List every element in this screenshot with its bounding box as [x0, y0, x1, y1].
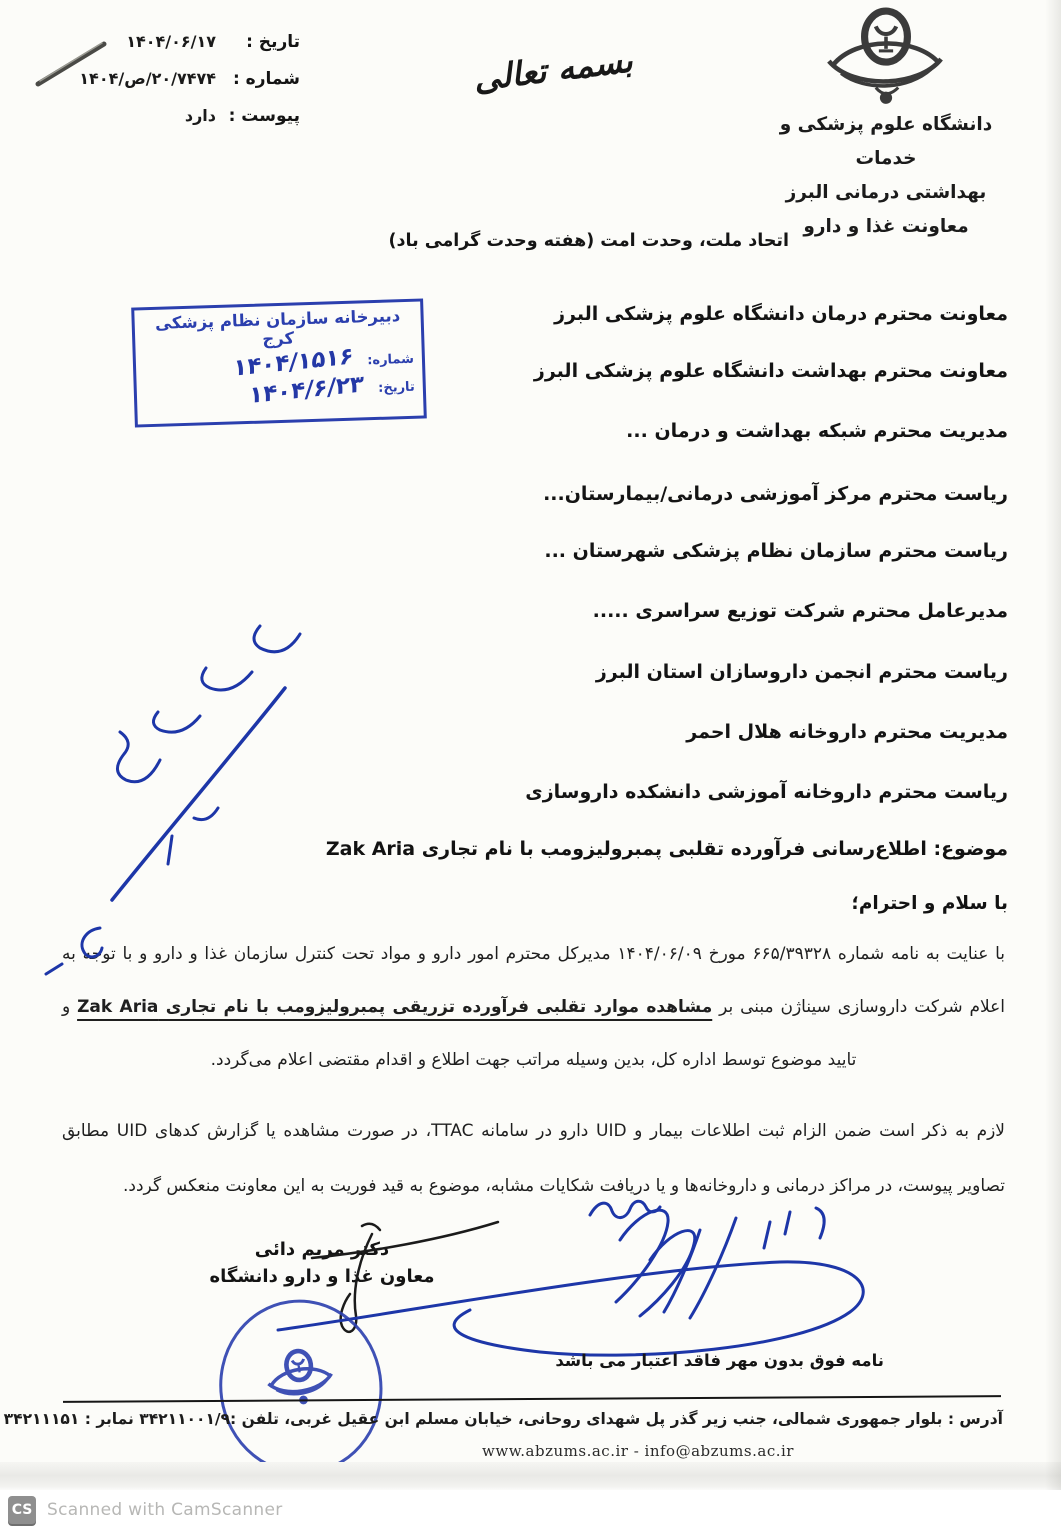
salutation: با سلام و احترام؛ — [851, 893, 1008, 914]
letter-meta: تاریخ : ۱۴۰۴/۰۶/۱۷ شماره : ۲۰/۷۴۷۴/ص/۱۴۰… — [50, 32, 300, 143]
date-label: تاریخ : — [228, 32, 300, 52]
date-value: ۱۴۰۴/۰۶/۱۷ — [126, 32, 216, 51]
besmele-calligraphy: بسمه تعالی — [436, 36, 669, 103]
subject-text: اطلاع‌رسانی فرآورده تقلبی پمبرولیزومب با… — [326, 838, 927, 860]
scan-shadow-band — [0, 1462, 1061, 1492]
recipient-item: مدیریت محترم شبکه بهداشت و درمان ... — [626, 420, 1008, 442]
recipient-item: مدیریت محترم داروخانه هلال احمر — [686, 721, 1008, 743]
website-line: www.abzums.ac.ir - info@abzums.ac.ir — [468, 1442, 808, 1460]
registry-number-label: شماره: — [367, 351, 414, 367]
recipient-item: ریاست محترم داروخانه آموزشی دانشکده دارو… — [525, 781, 1008, 803]
number-value: ۲۰/۷۴۷۴/ص/۱۴۰۴ — [79, 69, 216, 88]
recipient-item: ریاست محترم انجمن داروسازان استان البرز — [596, 661, 1008, 683]
subject-label: موضوع: — [933, 838, 1008, 860]
org-name-line-1: دانشگاه علوم پزشکی و خدمات — [766, 108, 1006, 176]
camscanner-text: Scanned with CamScanner — [47, 1500, 283, 1520]
address-label: آدرس : — [948, 1410, 1003, 1428]
recipient-item: ریاست محترم سازمان نظام پزشکی شهرستان ..… — [544, 540, 1008, 562]
registry-stamp-title: دبیرخانه سازمان نظام پزشکی کرج — [142, 306, 413, 352]
subject-line: موضوع: اطلاع‌رسانی فرآورده تقلبی پمبرولی… — [326, 838, 1008, 860]
meta-date-row: تاریخ : ۱۴۰۴/۰۶/۱۷ — [50, 32, 300, 52]
number-label: شماره : — [228, 69, 300, 89]
round-seal-icon: دانشگاه علوم پزشکی و خدمات بهداشتی درمان… — [200, 1286, 401, 1489]
recipient-item: معاونت محترم درمان دانشگاه علوم پزشکی ال… — [554, 303, 1008, 325]
camscanner-badge-icon: CS — [8, 1496, 36, 1524]
margin-note-ink-icon — [5, 600, 325, 990]
meta-number-row: شماره : ۲۰/۷۴۷۴/ص/۱۴۰۴ — [50, 69, 300, 89]
registry-date-label: تاریخ: — [378, 379, 415, 395]
seal-circular-text: دانشگاه علوم پزشکی و خدمات بهداشتی درمان… — [200, 1298, 207, 1316]
meta-attachment-row: پیوست : دارد — [50, 106, 300, 126]
unity-slogan: اتحاد ملت، وحدت امت (هفته وحدت گرامی باد… — [389, 231, 789, 251]
validity-note: نامه فوق بدون مهر فاقد اعتبار می باشد — [555, 1351, 884, 1370]
recipient-item: معاونت محترم بهداشت دانشگاه علوم پزشکی ا… — [534, 360, 1008, 382]
underlined-phrase: مشاهده موارد تقلبی فرآورده تزریقی پمبرول… — [77, 997, 712, 1017]
address-text: بلوار جمهوری شمالی، جنب زیر گذر پل شهدای… — [4, 1410, 943, 1428]
org-name-line-3: معاونت غذا و دارو — [766, 210, 1006, 244]
recipient-item: ریاست محترم مرکز آموزشی درمانی/بیمارستان… — [543, 483, 1008, 505]
recipient-item: مدیرعامل محترم شرکت توزیع سراسری ..... — [593, 600, 1008, 622]
camscanner-watermark: CS Scanned with CamScanner — [8, 1496, 283, 1524]
registry-stamp: دبیرخانه سازمان نظام پزشکی کرج شماره: ۱۴… — [131, 298, 427, 427]
university-emblem-icon — [811, 6, 961, 108]
attachment-label: پیوست : — [228, 106, 300, 126]
footer-divider — [63, 1395, 1001, 1403]
address-line: آدرس : بلوار جمهوری شمالی، جنب زیر گذر پ… — [56, 1410, 1003, 1428]
right-edge-shadow — [1045, 0, 1061, 1490]
scanned-letter-page: تاریخ : ۱۴۰۴/۰۶/۱۷ شماره : ۲۰/۷۴۷۴/ص/۱۴۰… — [0, 0, 1061, 1535]
attachment-value: دارد — [185, 106, 216, 125]
svg-text:دانشگاه علوم پزشکی و خدمات بهد: دانشگاه علوم پزشکی و خدمات بهداشتی درمان… — [200, 1298, 207, 1316]
org-name-line-2: بهداشتی درمانی البرز — [766, 176, 1006, 210]
organization-header: دانشگاه علوم پزشکی و خدمات بهداشتی درمان… — [766, 6, 1006, 244]
